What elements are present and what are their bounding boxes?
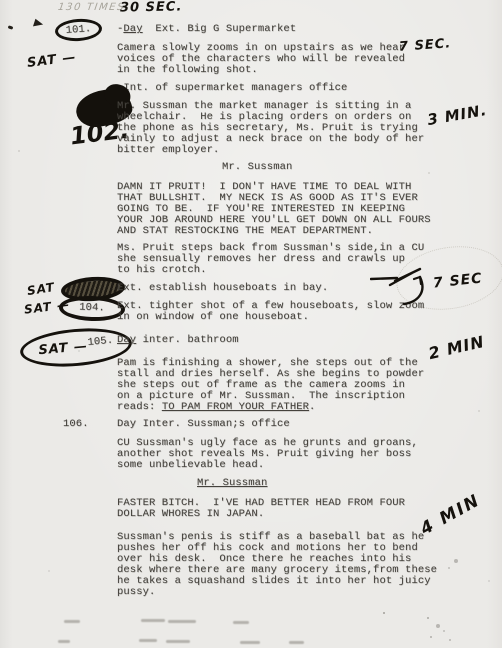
scene-104-circle: 104. <box>59 295 126 322</box>
timing-arrow-icon <box>370 264 434 306</box>
scene-105-heading-day: Day <box>117 334 136 346</box>
stray-mark-icon <box>8 25 14 30</box>
scene-103-action: Ext. establish houseboats in bay. <box>117 283 328 294</box>
arrowhead-mark-icon <box>33 19 44 29</box>
timing-annotation-105: 2 MIN <box>427 332 487 363</box>
timing-annotation-101: 7 SEC. <box>399 36 452 55</box>
timing-annotation-102: 3 MIN. <box>426 101 489 129</box>
bleedthrough-smudge <box>141 619 165 622</box>
scene-102-dialogue: DAMN IT PRUIT! I DON'T HAVE TIME TO DEAL… <box>117 182 431 237</box>
scene-101-heading-rest: Ext. Big G Supermarket <box>143 23 297 35</box>
bleedthrough-smudge <box>139 639 157 642</box>
scene-106-action-2: Sussman's penis is stiff as a baseball b… <box>117 532 437 598</box>
scene-104-number: 104. <box>79 303 105 315</box>
scene-105-heading: Day inter. bathroom <box>117 335 239 346</box>
scene-105-number: 105. <box>87 336 113 349</box>
scene-101-action: Camera slowly zooms in on upstairs as we… <box>117 43 405 76</box>
script-page-scan: 130 TIMES 30 SEC. 101. -Day Ext. Big G S… <box>0 0 502 648</box>
ink-specks <box>383 612 385 614</box>
bleedthrough-smudge <box>240 641 260 644</box>
bleedthrough-smudge <box>168 620 196 623</box>
scene-106-action: CU Sussman's ugly face as he grunts and … <box>117 438 418 471</box>
scene-106-character-cue: Mr. Sussman <box>197 478 267 489</box>
bleedthrough-smudge <box>64 620 80 623</box>
scene-102-action: Mr. Sussman the market manager is sittin… <box>117 101 424 156</box>
scene-106-dialogue: FASTER BITCH. I'VE HAD BETTER HEAD FROM … <box>117 498 405 520</box>
bleedthrough-smudge <box>233 621 249 624</box>
scene-101-heading: -Day Ext. Big G Supermarket <box>117 24 296 35</box>
scene-102-character-cue: Mr. Sussman <box>222 162 292 173</box>
scene-101-circle: 101. <box>54 17 102 42</box>
bleedthrough-smudge <box>289 641 304 644</box>
scene-101-heading-day: Day <box>123 23 142 35</box>
sat-annotation-101: SAT — <box>26 50 77 71</box>
scene-106-heading: Day Inter. Sussman;s office <box>117 419 290 430</box>
scene-101-number: 101. <box>65 24 91 37</box>
faint-pencil-note: 130 TIMES <box>57 2 126 13</box>
scene-105-inscription: TO PAM FROM YOUR FATHER <box>162 401 309 413</box>
scene-106-number: 106. <box>63 419 89 430</box>
timing-note-top: 30 SEC. <box>120 0 183 16</box>
bleedthrough-smudge <box>58 640 70 643</box>
paper-noise-specks <box>18 150 20 152</box>
scene-105-heading-rest: inter. bathroom <box>136 334 238 346</box>
sat-annotation-105: SAT — <box>38 339 89 358</box>
sat-annotation-103: SAT <box>26 280 56 298</box>
bleedthrough-smudge <box>166 640 190 643</box>
scene-102-heading: -Int. of supermarket managers office <box>117 83 347 94</box>
scene-105-action-end: . <box>309 401 315 413</box>
scene-105-action: Pam is finishing a shower, she steps out… <box>117 358 424 413</box>
